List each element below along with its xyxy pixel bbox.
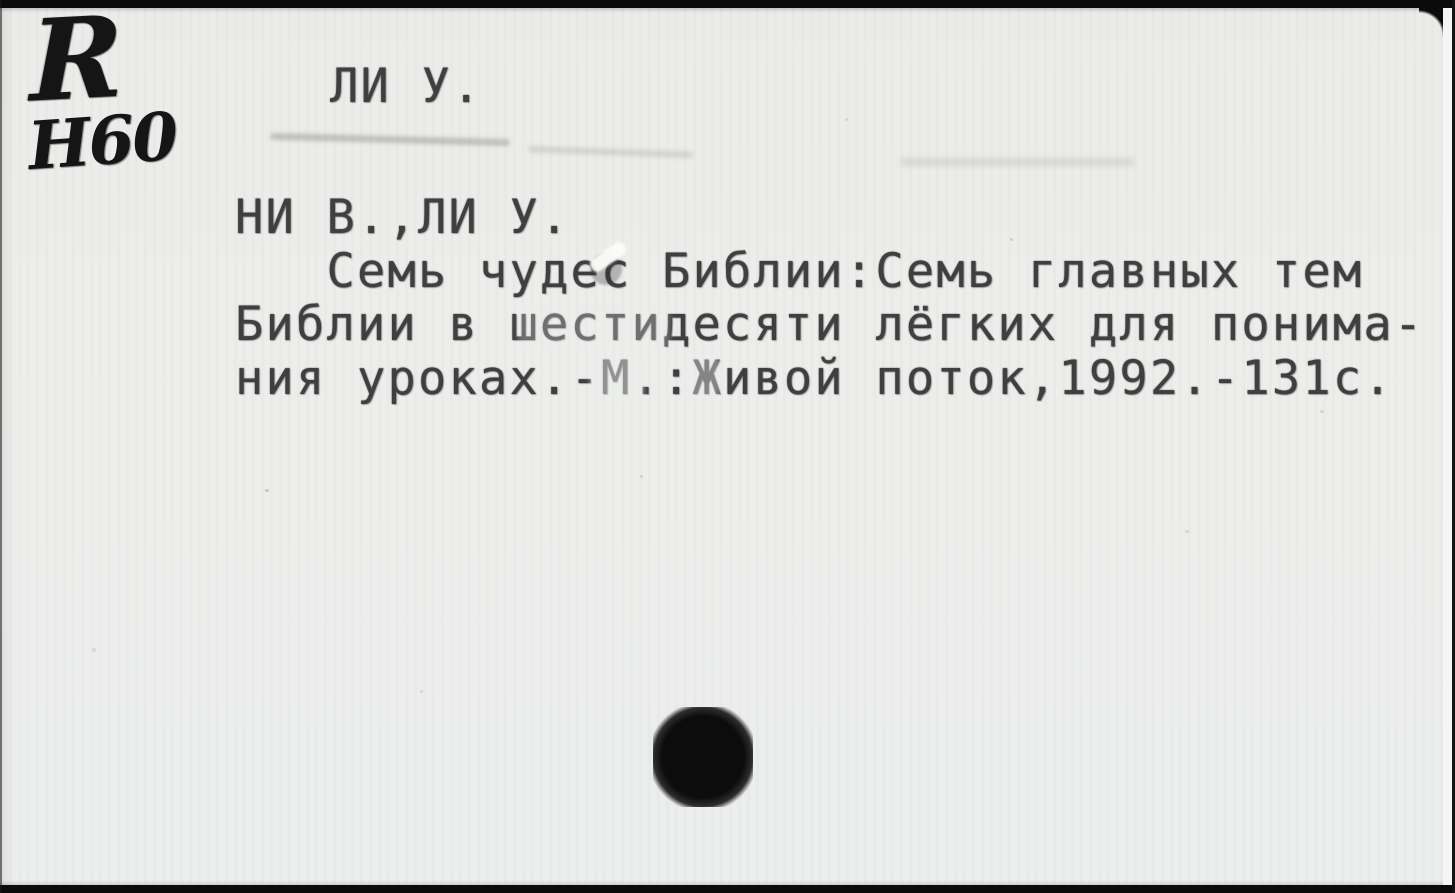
ink-fade xyxy=(684,353,720,403)
scan-speck xyxy=(420,690,423,693)
scan-speck xyxy=(845,118,848,121)
scan-left-border xyxy=(0,0,2,893)
ink-fade xyxy=(590,356,644,402)
scan-top-border xyxy=(0,0,1455,8)
pencil-smudge xyxy=(528,146,693,158)
scan-bottom-border xyxy=(0,885,1455,893)
entry-line-subtitle: Библии в шестидесяти лёгких для понима- xyxy=(235,298,1424,352)
entry-line-imprint: ния уроках.-М.:Живой поток,1992.-131с. xyxy=(235,352,1424,406)
entry-line-authors: НИ В.,ЛИ У. xyxy=(235,191,1424,245)
scan-speck xyxy=(1185,530,1189,533)
library-catalog-card-scan: R Н60 ЛИ У. НИ В.,ЛИ У. Семь чудес Библи… xyxy=(0,0,1455,893)
author-heading: ЛИ У. xyxy=(330,60,482,113)
card-left-edge-shadow xyxy=(0,0,14,893)
scan-speck xyxy=(640,475,643,478)
scan-speck xyxy=(92,648,96,652)
bibliographic-entry: НИ В.,ЛИ У. Семь чудес Библии:Семь главн… xyxy=(235,191,1424,405)
entry-line-title: Семь чудес Библии:Семь главных тем xyxy=(235,245,1424,299)
card-right-edge xyxy=(1443,8,1452,885)
scan-speck xyxy=(1010,238,1013,241)
call-number-code: Н60 xyxy=(26,103,178,179)
pencil-smudge xyxy=(900,158,1135,166)
ink-fade xyxy=(518,307,670,351)
hole-punch-dot xyxy=(653,707,753,807)
scan-speck xyxy=(1320,410,1324,413)
pencil-smudge xyxy=(270,133,510,146)
scan-speck xyxy=(265,489,269,492)
